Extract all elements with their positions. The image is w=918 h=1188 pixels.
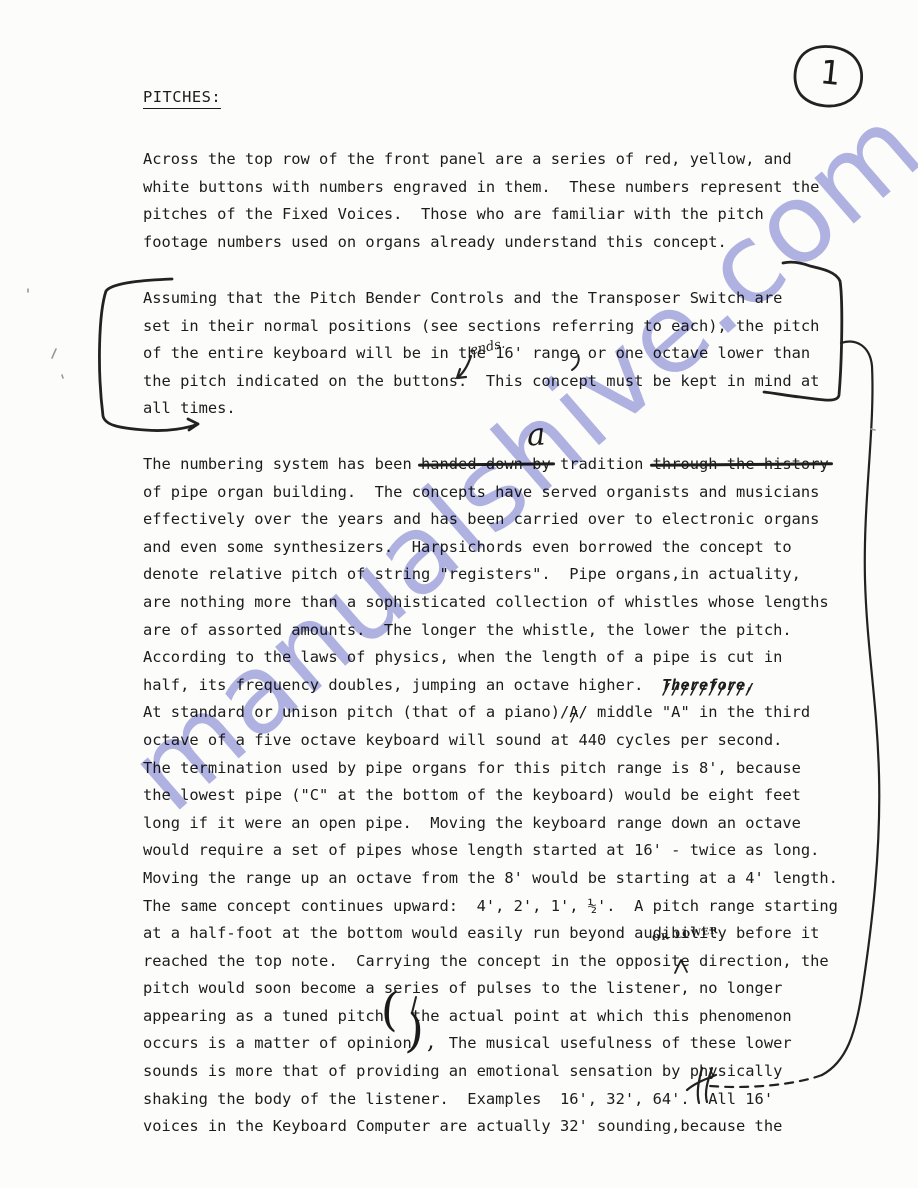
typed-segment: are of assorted amounts. The longer the … [143,621,792,639]
typed-segment: octave of a five octave keyboard will so… [143,731,782,749]
typed-line: The termination used by pipe organs for … [143,755,838,783]
typed-line: shaking the body of the listener. Exampl… [143,1086,838,1114]
typed-segment: reached the top note. Carrying the conce… [143,952,829,970]
typed-line: and even some synthesizers. Harpsichords… [143,534,838,562]
typed-segment: the pitch indicated on the buttons. This… [143,372,819,390]
typed-segment: half, its frequency doubles, jumping an … [143,676,662,694]
typed-line: would require a set of pipes whose lengt… [143,837,838,865]
typed-segment: footage numbers used on organs already u… [143,233,727,251]
inserted-word-a: a [526,419,547,451]
inserted-comma: , [427,1028,435,1052]
typed-line: set in their normal positions (see secti… [143,313,819,341]
typed-line: Across the top row of the front panel ar… [143,146,819,174]
typed-line: octave of a five octave keyboard will so… [143,727,838,755]
typed-segment: through the history [653,455,829,473]
page-number: 1 [818,55,841,90]
typed-line: all times. [143,395,819,423]
typed-segment: The same concept continues upward: 4', 2… [143,897,838,915]
typed-line: sounds is more that of providing an emot… [143,1058,838,1086]
typed-line: the pitch indicated on the buttons. This… [143,368,819,396]
typed-line: According to the laws of physics, when t… [143,644,838,672]
typed-segment: The termination used by pipe organs for … [143,759,801,777]
typed-line: Assuming that the Pitch Bender Controls … [143,285,819,313]
typed-line: effectively over the years and has been … [143,506,838,534]
typed-line: are of assorted amounts. The longer the … [143,617,838,645]
typed-segment: middle "A" in the third [588,703,810,721]
typed-line: reached the top note. Carrying the conce… [143,948,838,976]
typed-segment: Therefore, [662,676,755,694]
typed-line: long if it were an open pipe. Moving the… [143,810,838,838]
typed-segment: all times. [143,399,236,417]
typed-segment: denote relative pitch of string "registe… [143,565,801,583]
typed-segment: pitches of the Fixed Voices. Those who a… [143,205,764,223]
typed-line: pitch would soon become a series of puls… [143,975,838,1003]
typed-segment: shaking the body of the listener. Exampl… [143,1090,773,1108]
typed-line: At standard or unison pitch (that of a p… [143,699,838,727]
typed-segment: long if it were an open pipe. Moving the… [143,814,801,832]
typed-segment: effectively over the years and has been … [143,510,819,528]
typed-line: appearing as a tuned pitch the actual po… [143,1003,838,1031]
page-title: PITCHES: [143,88,221,109]
typed-segment: and even some synthesizers. Harpsichords… [143,538,792,556]
typed-segment: would require a set of pipes whose lengt… [143,841,819,859]
typed-line: voices in the Keyboard Computer are actu… [143,1113,838,1141]
typed-segment: set in their normal positions (see secti… [143,317,819,335]
paragraph-numbering-system: The numbering system has been handed dow… [143,451,838,1141]
scanned-page: PITCHES: Across the top row of the front… [0,0,918,1188]
typed-segment: According to the laws of physics, when t… [143,648,782,666]
typed-line: footage numbers used on organs already u… [143,229,819,257]
typed-segment: white buttons with numbers engraved in t… [143,178,819,196]
typed-segment: occurs is a matter of opinion The musica… [143,1034,792,1052]
typed-line: of pipe organ building. The concepts hav… [143,479,838,507]
typed-segment: Moving the range up an octave from the 8… [143,869,838,887]
typed-segment: tradition [551,455,653,473]
typed-line: white buttons with numbers engraved in t… [143,174,819,202]
typed-line: the lowest pipe ("C" at the bottom of th… [143,782,838,810]
typed-segment: pitch would soon become a series of puls… [143,979,782,997]
typed-segment: At standard or unison pitch (that of a p… [143,703,560,721]
typed-segment: appearing as a tuned pitch the actual po… [143,1007,792,1025]
typed-segment: The numbering system has been [143,455,421,473]
typed-segment: Assuming that the Pitch Bender Controls … [143,289,782,307]
paragraph-intro: Across the top row of the front panel ar… [143,146,819,256]
typed-line: denote relative pitch of string "registe… [143,561,838,589]
typed-segment: /A/ [560,703,588,721]
typed-line: are nothing more than a sophisticated co… [143,589,838,617]
typed-segment: are nothing more than a sophisticated co… [143,593,829,611]
typed-segment: the lowest pipe ("C" at the bottom of th… [143,786,801,804]
typed-line: The same concept continues upward: 4', 2… [143,893,838,921]
typed-line: pitches of the Fixed Voices. Those who a… [143,201,819,229]
typed-segment: sounds is more that of providing an emot… [143,1062,782,1080]
typed-line: The numbering system has been handed dow… [143,451,838,479]
typed-line: half, its frequency doubles, jumping an … [143,672,838,700]
inserted-paren-open: ( [380,986,400,1033]
typed-line: Moving the range up an octave from the 8… [143,865,838,893]
typed-line: occurs is a matter of opinion The musica… [143,1030,838,1058]
typed-segment: voices in the Keyboard Computer are actu… [143,1117,782,1135]
typed-segment: handed down by [421,455,551,473]
typed-segment: Across the top row of the front panel ar… [143,150,792,168]
typed-line: at a half-foot at the bottom would easil… [143,920,838,948]
typed-segment: of pipe organ building. The concepts hav… [143,483,819,501]
